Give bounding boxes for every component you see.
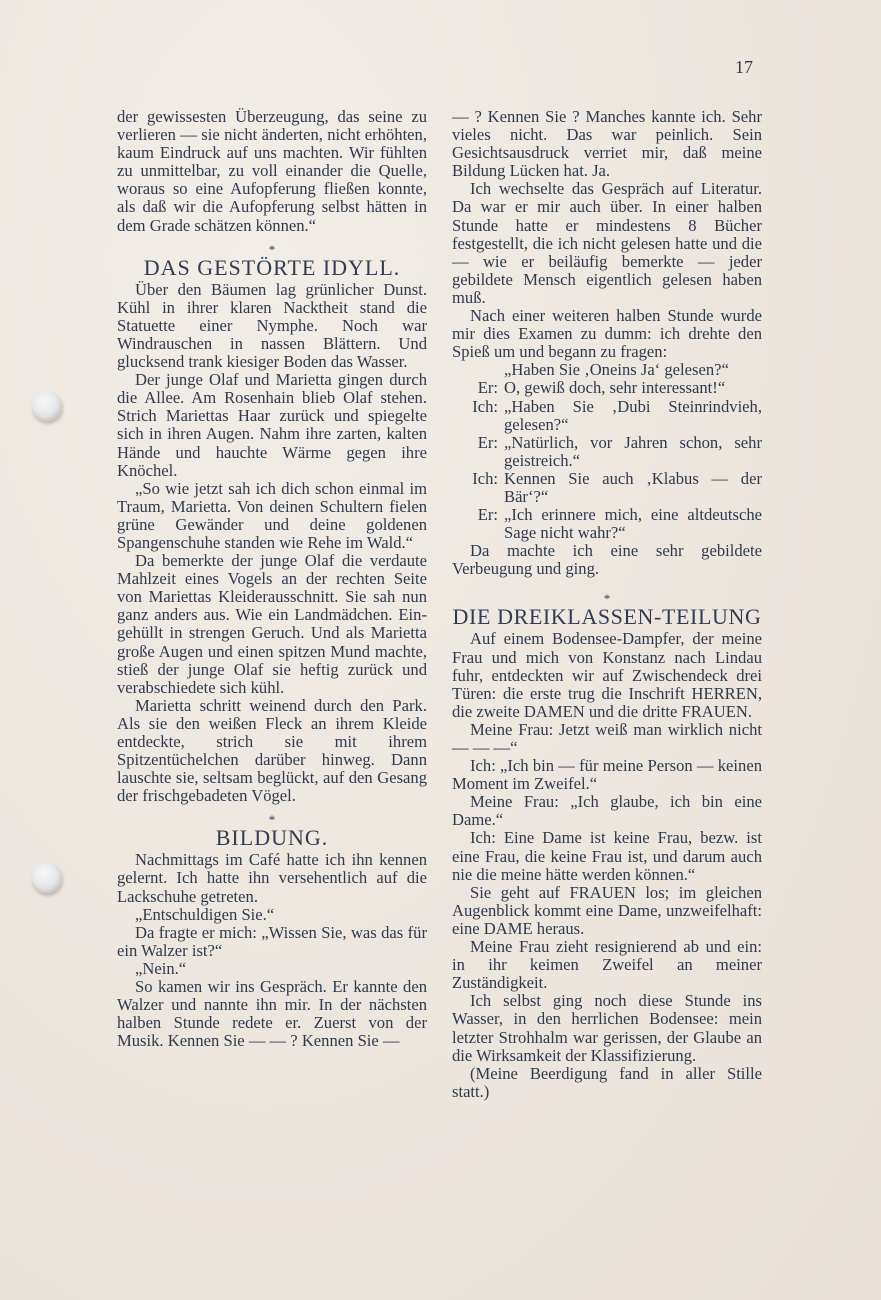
paragraph: Meine Frau zieht resignierend ab und ein…	[452, 938, 762, 992]
dialogue-text: „Natürlich, vor Jahren schon, sehr geist…	[504, 434, 762, 470]
dialogue-speaker: Er:	[452, 434, 504, 470]
dialogue-text: „Ich erinnere mich, eine alt­deutsche Sa…	[504, 506, 762, 542]
left-column: der gewissesten Überzeugung, das seine z…	[117, 108, 427, 1050]
paragraph: Da machte ich eine sehr gebildete Verbeu…	[452, 542, 762, 578]
punch-hole	[32, 863, 62, 893]
separator-star-icon: *	[117, 243, 427, 256]
paragraph: Ich: „Ich bin — für meine Person — keine…	[452, 757, 762, 793]
dialogue-text: „Haben Sie ‚Dubi Steinrindvieh, gelesen?…	[504, 398, 762, 434]
dialogue-speaker: Ich:	[452, 470, 504, 506]
dialogue-speaker: Er:	[452, 506, 504, 542]
intro-paragraph: der gewissesten Überzeugung, das seine z…	[117, 108, 427, 235]
paragraph: Marietta schritt weinend durch den Park.…	[117, 697, 427, 806]
paragraph: Auf einem Bodensee-Dampfer, der meine Fr…	[452, 630, 762, 720]
paragraph: Da fragte er mich: „Wissen Sie, was das …	[117, 924, 427, 960]
paragraph: Nach einer weiteren halben Stunde wurde …	[452, 307, 762, 361]
paragraph: (Meine Beerdigung fand in aller Stille s…	[452, 1065, 762, 1101]
paragraph: So kamen wir ins Gespräch. Er kannte den…	[117, 978, 427, 1050]
paragraph: Da bemerkte der junge Olaf die ver­daute…	[117, 552, 427, 697]
punch-hole	[32, 391, 62, 421]
dialogue-line: Ich: „Haben Sie ‚Dubi Steinrindvieh, gel…	[452, 398, 762, 434]
right-column: — ? Kennen Sie ? Manches kannte ich. Seh…	[452, 108, 762, 1101]
paragraph: Ich: Eine Dame ist keine Frau, bezw. ist…	[452, 829, 762, 883]
dialogue-speaker: Ich:	[452, 398, 504, 434]
section-title-bildung: BILDUNG.	[117, 826, 427, 850]
paragraph: Ich wechselte das Gespräch auf Literatur…	[452, 180, 762, 307]
page-number: 17	[735, 57, 753, 78]
dialogue-line: Er: „Natürlich, vor Jahren schon, sehr g…	[452, 434, 762, 470]
paragraph: Meine Frau: „Ich glaube, ich bin eine Da…	[452, 793, 762, 829]
paragraph: Ich selbst ging noch diese Stunde ins Wa…	[452, 992, 762, 1064]
paragraph: Nachmittags im Café hatte ich ihn kennen…	[117, 851, 427, 905]
section-title-dreiklassen: DIE DREIKLASSEN-TEILUNG	[452, 605, 762, 629]
paragraph: „So wie jetzt sah ich dich schon einmal …	[117, 480, 427, 552]
paragraph: Der junge Olaf und Marietta gingen durch…	[117, 371, 427, 480]
dialogue-text: Kennen Sie auch ‚Klabus — der Bär‘?“	[504, 470, 762, 506]
dialogue-line: Er: „Ich erinnere mich, eine alt­deutsch…	[452, 506, 762, 542]
dialogue-speaker	[452, 361, 504, 379]
dialogue-speaker: Er:	[452, 379, 504, 397]
dialogue-line: Er: O, gewiß doch, sehr interessant!“	[452, 379, 762, 397]
continuation-paragraph: — ? Kennen Sie ? Manches kannte ich. Seh…	[452, 108, 762, 180]
dialogue-text: „Haben Sie ‚Oneins Ja‘ gelesen?“	[504, 361, 762, 379]
dialogue-line: „Haben Sie ‚Oneins Ja‘ gelesen?“	[452, 361, 762, 379]
dialogue-line: Ich: Kennen Sie auch ‚Klabus — der Bär‘?…	[452, 470, 762, 506]
section-title-idyll: DAS GESTÖRTE IDYLL.	[117, 256, 427, 280]
paragraph: „Nein.“	[117, 960, 427, 978]
paragraph: „Entschuldigen Sie.“	[117, 906, 427, 924]
dialogue-text: O, gewiß doch, sehr interessant!“	[504, 379, 762, 397]
paragraph: Meine Frau: Jetzt weiß man wirklich nich…	[452, 721, 762, 757]
paragraph: Über den Bäumen lag grünlicher Dunst. Kü…	[117, 281, 427, 371]
paragraph: Sie geht auf FRAUEN los; im gleichen Aug…	[452, 884, 762, 938]
